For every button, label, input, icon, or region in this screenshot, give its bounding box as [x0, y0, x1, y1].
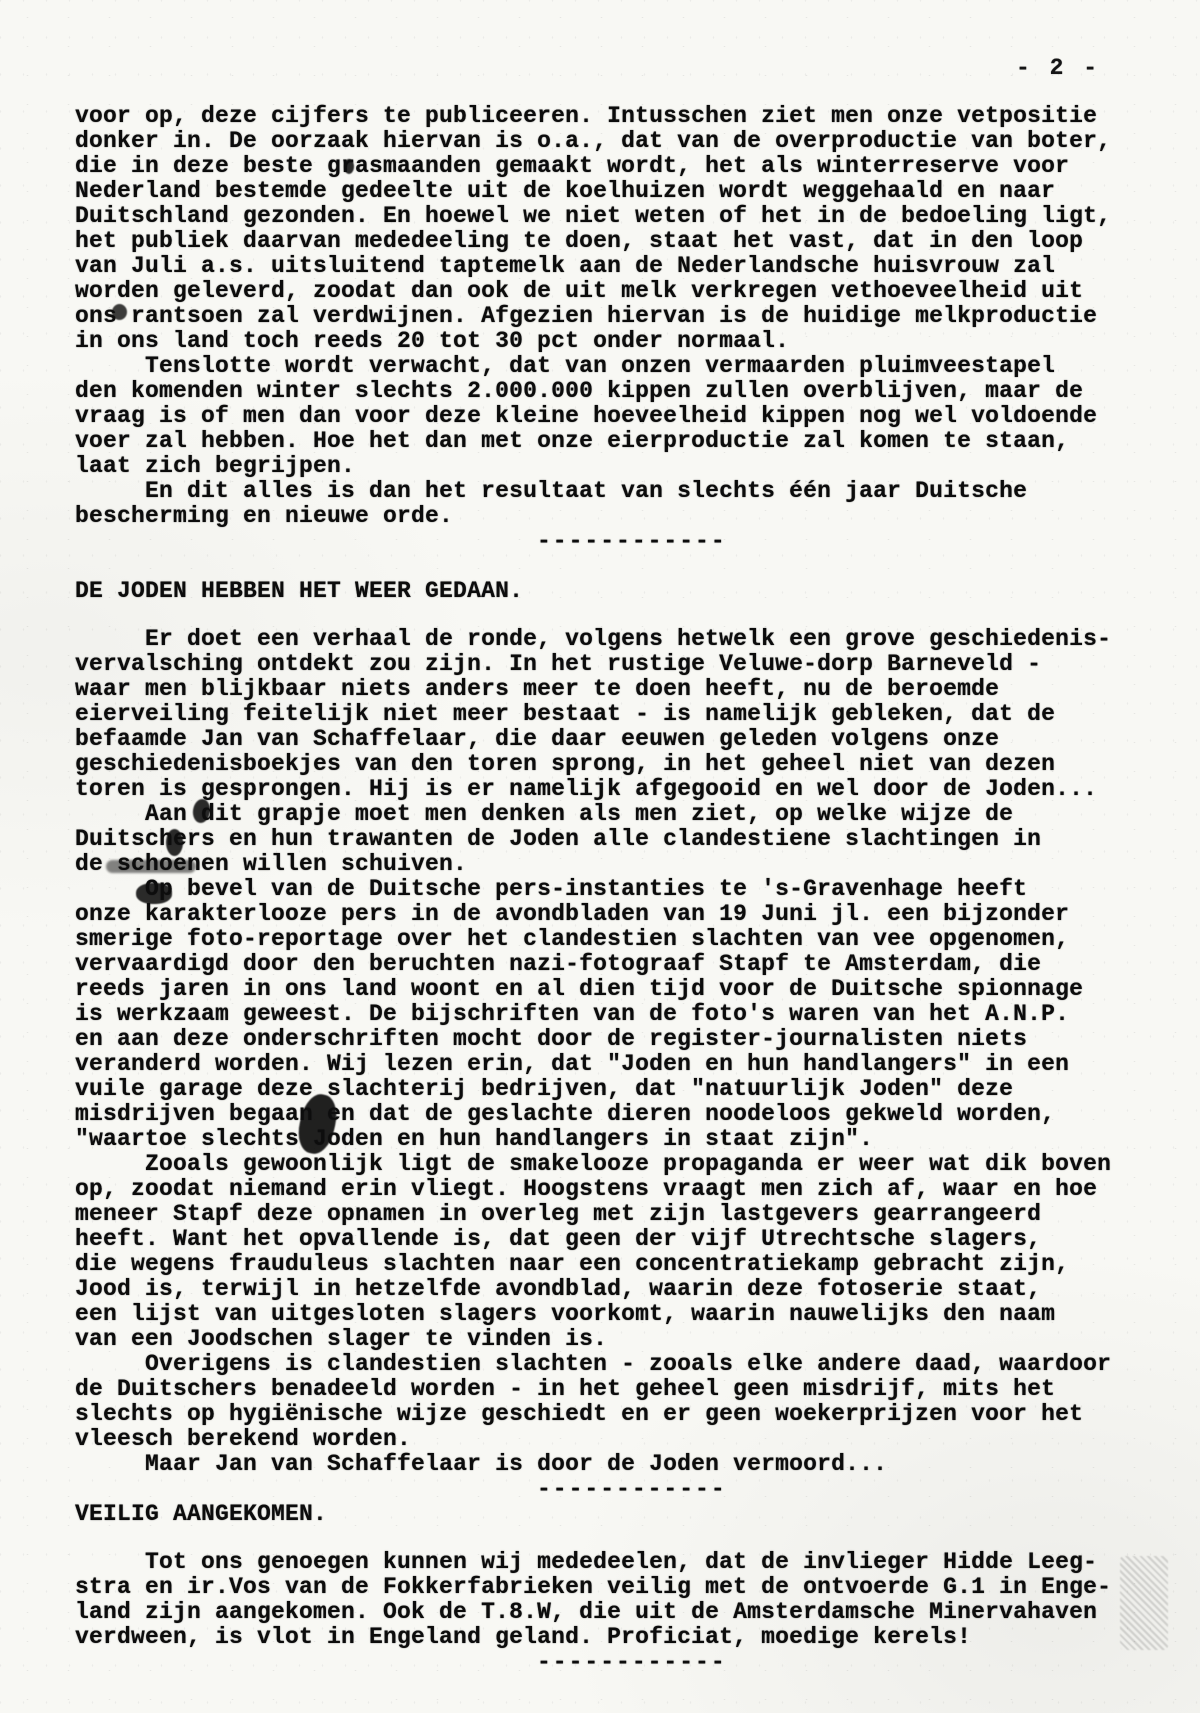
paragraph: Er doet een verhaal de ronde, volgens he…: [75, 627, 1135, 802]
section-heading: VEILIG AANGEKOMEN.: [75, 1502, 1135, 1527]
paragraph: Aan dit grapje moet men denken als men z…: [75, 802, 1135, 877]
section-joden: DE JODEN HEBBEN HET WEER GEDAAN. Er doet…: [75, 579, 1135, 1477]
paragraph: Maar Jan van Schaffelaar is door de Jode…: [75, 1452, 1135, 1477]
paragraph: Tot ons genoegen kunnen wij mededeelen, …: [75, 1550, 1135, 1650]
section-veilig-aangekomen: VEILIG AANGEKOMEN. Tot ons genoegen kunn…: [75, 1502, 1135, 1650]
paragraph: voor op, deze cijfers te publiceeren. In…: [75, 104, 1135, 354]
scanned-document-page: - 2 - voor op, deze cijfers te publiceer…: [0, 0, 1200, 1713]
paragraph: Op bevel van de Duitsche pers-instanties…: [75, 877, 1135, 1152]
paragraph: Overigens is clandestien slachten - zooa…: [75, 1352, 1135, 1452]
section-heading: DE JODEN HEBBEN HET WEER GEDAAN.: [75, 579, 1135, 604]
paragraph: Zooals gewoonlijk ligt de smakelooze pro…: [75, 1152, 1135, 1352]
paragraph: En dit alles is dan het resultaat van sl…: [75, 479, 1135, 529]
section-divider: ------------: [75, 1650, 1135, 1675]
paragraph: Tenslotte wordt verwacht, dat van onzen …: [75, 354, 1135, 479]
section-divider: ------------: [75, 1477, 1135, 1502]
section-divider: ------------: [75, 529, 1135, 554]
page-number: - 2 -: [1016, 56, 1100, 81]
section-melkproductie: voor op, deze cijfers te publiceeren. In…: [75, 104, 1135, 529]
document-body: voor op, deze cijfers te publiceeren. In…: [75, 104, 1135, 1675]
